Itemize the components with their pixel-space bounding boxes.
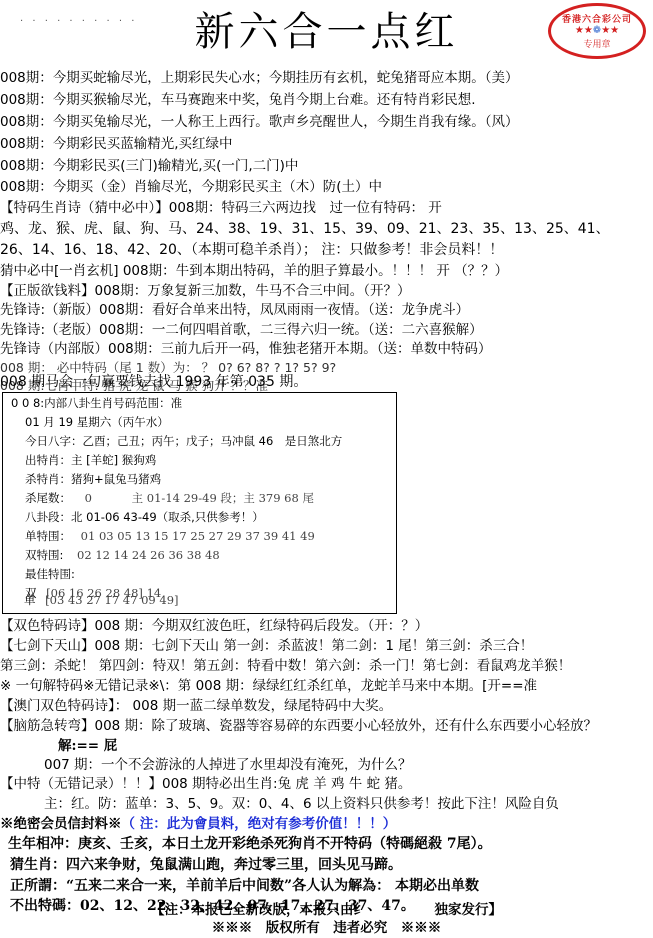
- stamp-top-text: 香港六合彩公司: [551, 12, 643, 25]
- box-sha-te: 杀特肖：猪狗+鼠兔马猪鸡: [25, 471, 161, 487]
- footer-copyright: ※※※ 版权所有 违者必究 ※※※: [0, 918, 653, 938]
- text-line: ※ 一句解特码※无错记录※\：第 008 期：绿绿红红杀红单，龙蛇羊马来中本期。…: [0, 676, 537, 696]
- sha-wei-main: 主 01-14 29-49 段；主 379 68 尾: [132, 491, 314, 505]
- shuang-value: 02 12 14 24 26 36 38 48: [77, 548, 220, 562]
- text-line: 第三剑：杀蛇！ 第四剑：特双！第五剑：特看中数！第六剑：杀一门！第七剑：看鼠鸡龙…: [0, 656, 571, 676]
- text-line: 鸡、龙、猴、虎、鼠、狗、马、24、38、19、31、15、39、09、21、23…: [0, 219, 610, 239]
- member-header: ※绝密会员信封料※（ 注：此为會員料，绝对有参考价值！！！）: [0, 814, 396, 834]
- box-best-dan: 单 [03 43 27 17 47 09 49]: [24, 590, 179, 610]
- text-line: 008 期马会一句赢要钱去找 1993 年第 035 期。: [0, 372, 307, 392]
- text-line: 先锋诗:（老版）008期：一二何四唱首歌，二三得六归一统。（送：二六喜猴解）: [0, 320, 483, 340]
- member-line: 生年相冲：庚亥、壬亥，本日土龙开彩绝杀死狗肖不开特码（特碼絕殺 7尾）。: [8, 834, 492, 854]
- company-stamp: 香港六合彩公司 ★★❁★★ 专用章: [548, 3, 646, 59]
- text-line: 先锋诗:（新版）008期：看好合单来出特，凤凤雨雨一夜情。（送：龙争虎斗）: [0, 300, 469, 320]
- member-note: （ 注：此为會員料，绝对有参考价值！！！）: [122, 816, 397, 832]
- box-bagua: 八卦段：北 01-06 43-49（取杀,只供参考！）: [25, 509, 264, 525]
- text-line: 008期：今期买蛇输尽光，上期彩民失心水；今期挂历有玄机，蛇兔猪哥应本期。（美）: [0, 68, 519, 88]
- shuang-label: 双特围:: [25, 548, 63, 562]
- text-line: 008期：今期买猴输尽光，车马赛跑来中奖，兔肖今期上台难。还有特肖彩民想.: [0, 90, 476, 110]
- text-line: 【双色特码诗】008 期：今期双红波色旺，红绿特码后段发。（开：？）: [0, 616, 428, 636]
- box-bazi: 今日八字：乙酉；己丑；丙午；戊子；马冲鼠 46 是日煞北方: [25, 433, 342, 449]
- box-best: 最佳特围:: [25, 566, 75, 582]
- bagua-box: 0 0 8:内部八卦生肖号码范围：准 01 月 19 星期六（丙午水） 今日八字…: [2, 392, 397, 614]
- text-line: 26、14、16、18、42、20、（本期可稳羊杀肖）； 注：只做参考！非会员料…: [0, 240, 503, 260]
- box-sha-wei: 杀尾数： 0 主 01-14 29-49 段；主 379 68 尾: [25, 490, 314, 506]
- zhongte-line: 主：红。防：蓝单：3、5、9。双：0、4、6 以上资料只供参考！按此下注！风险自…: [44, 794, 559, 814]
- star-icon: ★★: [601, 25, 619, 36]
- text-line: 008期：今期彩民买(三门)输精光,买(一门,二门)中: [0, 156, 298, 176]
- best-dan-value: [03 43 27 17 47 09 49]: [45, 593, 178, 607]
- zhongte-line: 【中特（无错记录）！！】008 期特必出生肖:兔 虎 羊 鸡 牛 蛇 猪。: [0, 774, 411, 794]
- sha-wei-label: 杀尾数：: [25, 491, 71, 505]
- star-icon: ★★: [575, 25, 593, 36]
- text-line: 猜中必中[一肖玄机] 008期：牛到本期出特码，羊的胆子算最小。！！！ 开 （？…: [0, 261, 508, 281]
- flower-icon: ❁: [593, 25, 601, 36]
- box-title: 0 0 8:内部八卦生肖号码范围：准: [11, 395, 182, 411]
- stamp-bottom-text: 专用章: [551, 37, 643, 50]
- box-date: 01 月 19 星期六（丙午水）: [25, 414, 169, 430]
- text-line: 008期：今期买兔输尽光，一人称王上西行。歌声乡亮醒世人，今期生肖我有缘。（风）: [0, 112, 519, 132]
- footer-notice: 【注：本报已全新改版，本报只由纟 独家发行】: [0, 900, 653, 920]
- best-dan-label: 单: [24, 593, 36, 607]
- text-line: 【正版欲钱料】008期：万象复新三加数，牛马不合三中间。（开？）: [0, 281, 411, 301]
- box-shuang: 双特围: 02 12 14 24 26 36 38 48: [25, 547, 220, 563]
- member-line: 猜生肖：四六来争财，兔鼠满山跑，奔过零三里，回头见马蹄。: [10, 855, 402, 875]
- riddle-prev: 007 期：一个不会游泳的人掉进了水里却没有淹死，为什么？: [44, 755, 412, 775]
- box-dan: 单特围： 01 03 05 13 15 17 25 27 29 37 39 41…: [25, 528, 315, 544]
- sha-wei-value: 0: [85, 491, 92, 505]
- text-line: 先锋诗（内部版）008期：三前九后开一码，惟独老猪开本期。（送：单数中特码）: [0, 339, 492, 359]
- text-line: 【七剑下天山】008 期：七剑下天山 第一剑：杀蓝波！第二剑：1 尾！第三剑：杀…: [0, 636, 533, 656]
- stamp-stars: ★★❁★★: [551, 25, 643, 37]
- text-line: 008期：今期彩民买蓝输精光,买红绿中: [0, 134, 233, 154]
- box-chu-te: 出特肖：主 [羊蛇] 猴狗鸡: [25, 452, 156, 468]
- member-prefix: ※绝密会员信封料※: [0, 816, 122, 832]
- riddle-answer: 解:== 屁: [58, 736, 117, 756]
- text-line: 008期：今期买（金）肖输尽光，今期彩民买主（木）防(土）中: [0, 177, 382, 197]
- text-line: 【特码生肖诗（猜中必中）】008期：特码三六两边找 过一位有特码： 开: [0, 198, 442, 218]
- member-line: 正所謂：“五来二来合一来，羊前羊后中间数”各人认为解為： 本期必出单数: [10, 876, 479, 896]
- dan-value: 01 03 05 13 15 17 25 27 29 37 39 41 49: [81, 529, 315, 543]
- text-line: 【脑筋急转弯】008 期：除了玻璃、瓷器等容易碎的东西要小心轻放外，还有什么东西…: [0, 716, 597, 736]
- dan-label: 单特围：: [25, 529, 71, 543]
- text-line: 【澳门双色特码诗】： 008 期一蓝二绿单数发，绿尾特码中大奖。: [0, 696, 392, 716]
